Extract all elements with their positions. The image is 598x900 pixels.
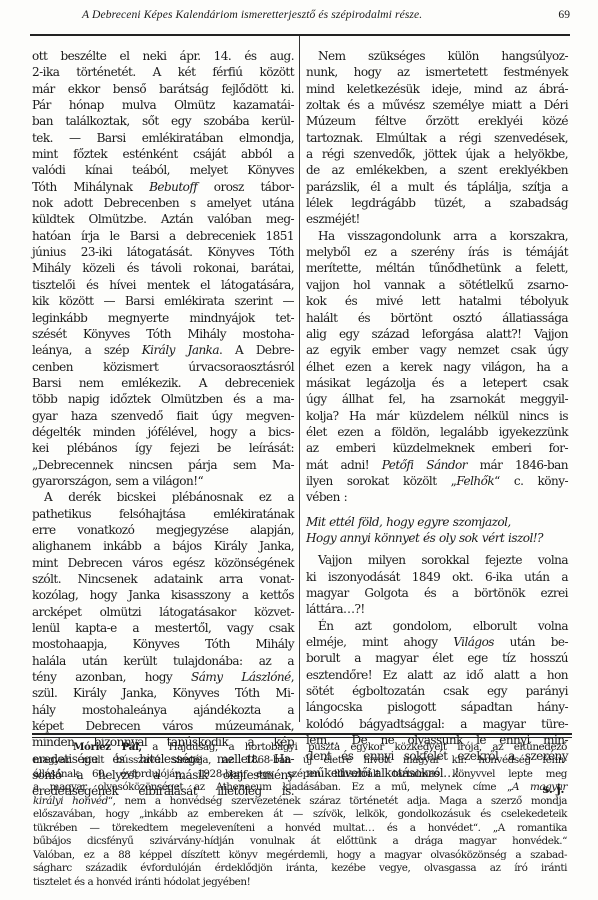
text-line: Nem szükséges külön hangsúlyoz- [306,48,568,64]
text-fragment: után be- [494,635,568,649]
text-line: valódi kínai teából, melyet Könyves [32,162,294,178]
text-line: esztendőre! Ez alatt az idő alatt a hon [306,667,568,683]
text-line: mát adni! Petőfi Sándor már 1846-ban [306,457,568,473]
text-line: magyar Golgota és a börtönök ezrei [306,585,568,601]
text-fragment: “, nem a honvédség szervezetének száraz … [108,795,567,807]
text-line: Tóth Mihálynak Bebutoff orosz tábor- [32,179,294,195]
text-line: nunk, hogy az ismertetett festmények [306,64,568,80]
text-line: Vajjon milyen sorokkal fejezte volna [306,552,568,568]
text-line: lenül kapta-e a mestertől, vagy csak [32,620,294,636]
text-line: tény azonban, hogy Sámy Lászlóné, [32,669,294,685]
book-notice: Móriez Pál, a Hajdúság, a hortobágyi pus… [33,741,567,889]
text-line: úgy állhat fel, ha zsarnokát meggyil- [306,391,568,407]
book-title: királyi honvéd [33,795,108,807]
text-line: a régi szenvedők, jöttek újak a helyökbe… [306,146,568,162]
italic-title: Felhők [456,474,494,488]
text-line: A derék bicskei plébánosnak ez a [32,489,294,505]
text-line: a magyar olvasóközönséget az Athenaeum k… [33,781,567,794]
text-line: mostohaapja, Könyves Tóth Mihály [32,636,294,652]
text-fragment: Tóth Mihálynak [32,180,149,194]
verse-line: Hogy annyi könnyet és oly sok vért iszol… [306,530,568,546]
text-line: királyi honvéd“, nem a honvédség szervez… [33,795,567,808]
text-line: arcképet olmützi látogatásakor közvet- [32,604,294,620]
text-line: ott beszélte el neki ápr. 14. és aug. [32,48,294,64]
right-column: Nem szükséges külön hangsúlyoz- nunk, ho… [306,48,568,797]
text-fragment: orosz tábor- [197,180,294,194]
text-line: merítette, méltán tűnődhetünk a felett, [306,260,568,276]
text-fragment: a Hajdúság, a hortobágyi puszta egykor k… [142,741,567,753]
text-line: kolódó bágyadtsággal: a magyar türe- [306,716,568,732]
text-line: ságharc századik évfordulóján érdeklődjö… [33,862,567,875]
italic-place: Világos [453,635,494,649]
text-line: képet Debrecen város múzeumának, [32,718,294,734]
text-line: lélek legdrágább tüzét, a szabadság [306,195,568,211]
text-line: Múzeum féltve őrzött ereklyéi közé [306,113,568,129]
text-line: küldtek Olmützbe. Aztán valóban meg- [32,211,294,227]
footnote-rule [32,733,572,735]
text-line: magyar mult bússzavú siratója, az 1868-b… [33,754,567,767]
text-line: eszméjét! [306,211,568,227]
text-line: gyarországon, sem a világon!“ [32,473,294,489]
column-divider [299,36,300,722]
text-line: ban találkoztak, sőt egy szobába kerül- [32,113,294,129]
text-fragment: a magyar olvasóközönséget az Athenaeum k… [33,781,512,793]
text-line: cenben közismert úrvacsoraosztásról [32,359,294,375]
text-line: elméje, mint ahogy Világos után be- [306,634,568,650]
left-column: ott beszélte el neki ápr. 14. és aug. 2-… [32,48,294,800]
text-line: hály mostohaleánya ajándékozta a [32,702,294,718]
text-line: de az emlékekben, a szent ereklyékben [306,162,568,178]
text-line: kok és mivé lett hatalmi tébolyuk [306,293,568,309]
text-line: az emberi küzdelmeknek emberi for- [306,440,568,456]
text-line: állásának 60. évfordulóján, 1928-ban egy… [33,768,567,781]
text-line: kei plébános így fejezi be leírását: [32,440,294,456]
text-line: leginkább megnyerte mindnyájok tet- [32,310,294,326]
text-line: élhet ezen a kerek nagy világon, ha a [306,359,568,375]
text-line: pathetikus felsóhajtása emlékiratának [32,506,294,522]
text-line: halált és börtönt osztó állatiassága [306,310,568,326]
text-fragment: mát adni! [306,458,382,472]
text-line: vajjon hol vannak a sötétlelkű zsarno- [306,277,568,293]
running-title: A Debreceni Képes Kalendáriom ismeretter… [82,8,422,21]
italic-name: Sámy Lászlóné [191,670,291,684]
text-line: melyből ez a szerény írás is témáját [306,244,568,260]
page-number: 69 [558,8,570,21]
text-fragment: ilyen sorokat közölt „ [306,474,456,488]
text-line: kik között — Barsi emlékirata szerint — [32,293,294,309]
text-line: parázslik, él a mult és táplálja, szítja… [306,179,568,195]
text-line: szését Könyves Tóth Mihály mostoha- [32,326,294,342]
header-rule [30,34,570,36]
text-line: alig egy század leforgása alatt?! Vajjon [306,326,568,342]
text-line: mind keletkezésük ideje, mind az ábrá- [306,81,568,97]
text-line: több napig időztek Olmützben és a ma- [32,391,294,407]
text-line: ki iszonyodását 1849 okt. 6-ika után a [306,569,568,585]
text-line: Barsi nem emlékezik. A debreceniek [32,375,294,391]
text-line: tartoznak. Elmúltak a régi szenvedések, [306,130,568,146]
text-line: halála után került tulajdonába: az a [32,653,294,669]
text-line: az egyik ember vagy nemzet csak úgy [306,342,568,358]
text-line: alighanem inkább a bájos Király Janka, [32,538,294,554]
text-line: ilyen sorokat közölt „Felhők“ c. köny- [306,473,568,489]
italic-name: Király Janka [142,343,219,357]
text-line: Ha visszagondolunk arra a korszakra, [306,228,568,244]
text-line: Pár hónap mulva Olmütz kazamatái- [32,97,294,113]
text-line: leánya, a szép Király Janka. A Debre- [32,342,294,358]
text-line: vében : [306,489,568,505]
text-line: hatóan írja le Barsi a debreceniek 1851 [32,228,294,244]
text-line: tisztelői és hívei mentek el látogatásár… [32,277,294,293]
footnote-rule [32,737,572,738]
text-fragment: elméje, mint ahogy [306,635,453,649]
italic-name: Petőfi Sándor [382,458,467,472]
text-line: mint főztek esténként csáját abból a [32,146,294,162]
page-header: A Debreceni Képes Kalendáriom ismeretter… [32,8,570,30]
text-line: már ekkor benső barátság fejlődött ki. [32,81,294,97]
book-title: A magyar [512,781,567,793]
text-line: tek. — Barsi emlékiratában elmondja, [32,130,294,146]
text-line: szólt. Nincsenek adataink arra vonat- [32,571,294,587]
text-line: kolja? Ha már küzdelem nélkül nincs is [306,408,568,424]
text-fragment: “ c. köny- [494,474,568,488]
text-line: szül. Király Janka, Könyves Tóth Mi- [32,685,294,701]
text-line: gyar haza szenvedő fiait úgy megven- [32,408,294,424]
text-fragment: tény azonban, hogy [32,670,191,684]
text-line: láttára…?! [306,601,568,617]
text-line: Valóban, ez a 88 képpel díszített könyv … [33,849,567,862]
text-line: élet ezen a földön, legalább igyekezzünk [306,424,568,440]
text-line: előszavában, hogy „inkább az embereken á… [33,808,567,821]
text-line: tisztelet és a honvéd iránti hódolat jeg… [33,876,567,889]
verse-line: Mit ettél föld, hogy egyre szomjazol, [306,514,568,530]
text-line: tükrében — törekedtem megeleveníteni a h… [33,822,567,835]
text-line: dégelték minden jófélével, hogy a bics- [32,424,294,440]
text-fragment: , [291,670,294,684]
text-line: Én azt gondolom, elborult volna [306,618,568,634]
text-line: erre vonatkozó megjegyzése alapján, [32,522,294,538]
text-fragment: már 1846-ban [467,458,568,472]
text-line: másikat legázolja és a letepert csak [306,375,568,391]
text-fragment: leánya, a szép [32,343,142,357]
text-line: borult a magyar élet ege tíz hosszú [306,650,568,666]
text-line: Móriez Pál, a Hajdúság, a hortobágyi pus… [33,741,567,754]
text-line: Mihály közeli és távoli rokonai, barátai… [32,260,294,276]
text-line: kozólag, hogy Janka kisasszony a kettős [32,587,294,603]
text-fragment: . A Debre- [219,343,294,357]
text-line: nok adott Debrecenben s amelyet utána [32,195,294,211]
italic-name: Bebutoff [149,180,197,194]
text-line: mint Debrecen város egész közönségének [32,555,294,571]
text-line: zoltak és a művész személye miatt a Déri [306,97,568,113]
text-line: bűbájos dicsfényű szivárvány-hídján vonu… [33,835,567,848]
author-name: Móriez Pál, [73,741,142,753]
text-line: „Debrecennek nincsen párja sem Ma- [32,457,294,473]
text-line: lángocska pislogott sápadtan hány- [306,699,568,715]
text-line: sötét égboltozatán csak egy parányi [306,683,568,699]
text-line: 2-ika történetét. A két férfiú között [32,64,294,80]
text-line: június 23-iki látogatását. Könyves Tóth [32,244,294,260]
